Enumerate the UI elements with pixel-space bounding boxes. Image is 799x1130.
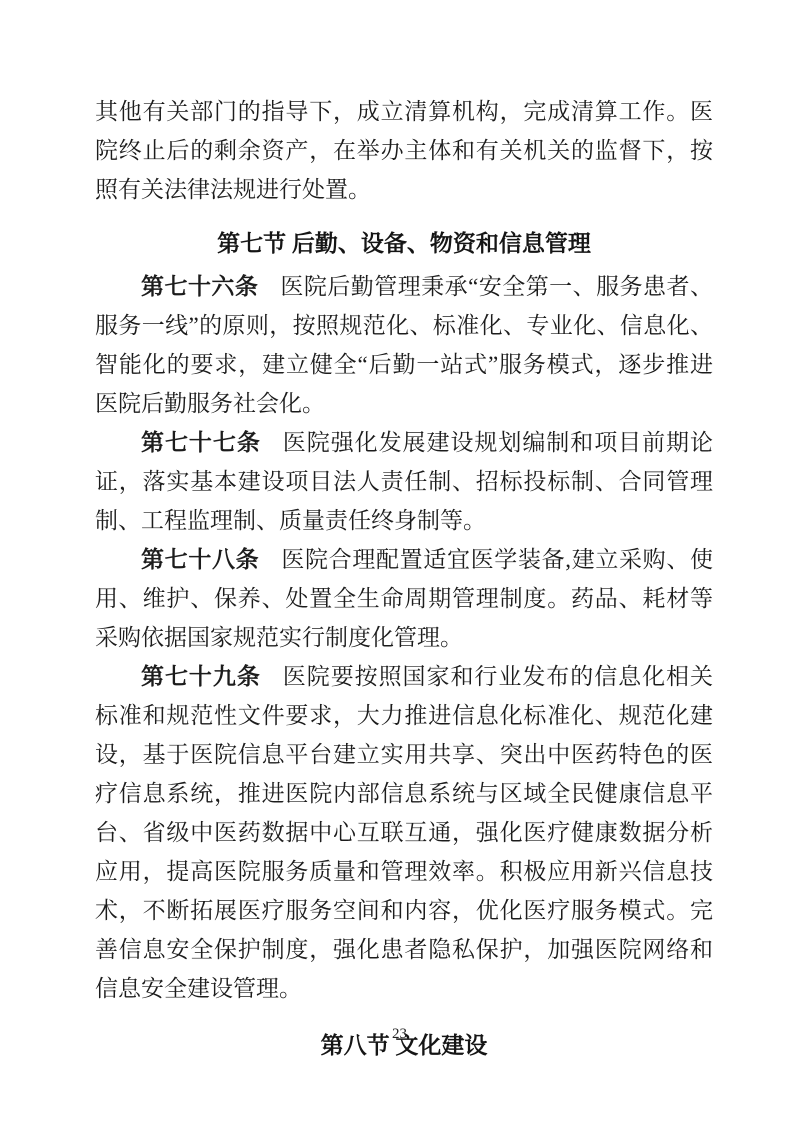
document-page: 其他有关部门的指导下，成立清算机构，完成清算工作。医院终止后的剩余资产，在举办主… (0, 0, 799, 1130)
text-block: 其他有关部门的指导下，成立清算机构，完成清算工作。医院终止后的剩余资产，在举办主… (95, 92, 713, 1069)
article-78: 第七十八条医院合理配置适宜医学装备,建立采购、使用、维护、保养、处置全生命周期管… (95, 540, 713, 657)
page-number: 23 (0, 1026, 799, 1043)
article-77: 第七十七条医院强化发展建设规划编制和项目前期论证，落实基本建设项目法人责任制、招… (95, 423, 713, 540)
section7-heading: 第七节 后勤、设备、物资和信息管理 (95, 224, 713, 263)
article-79: 第七十九条医院要按照国家和行业发布的信息化相关标准和规范性文件要求，大力推进信息… (95, 657, 713, 1008)
article-76: 第七十六条医院后勤管理秉承“安全第一、服务患者、服务一线”的原则，按照规范化、标… (95, 267, 713, 423)
intro-paragraph: 其他有关部门的指导下，成立清算机构，完成清算工作。医院终止后的剩余资产，在举办主… (95, 92, 713, 209)
article-76-label: 第七十六条 (141, 274, 258, 299)
article-79-label: 第七十九条 (141, 664, 261, 689)
article-77-label: 第七十七条 (141, 430, 261, 455)
article-78-label: 第七十八条 (141, 547, 259, 572)
article-79-text: 医院要按照国家和行业发布的信息化相关标准和规范性文件要求，大力推进信息化标准化、… (95, 664, 713, 1001)
